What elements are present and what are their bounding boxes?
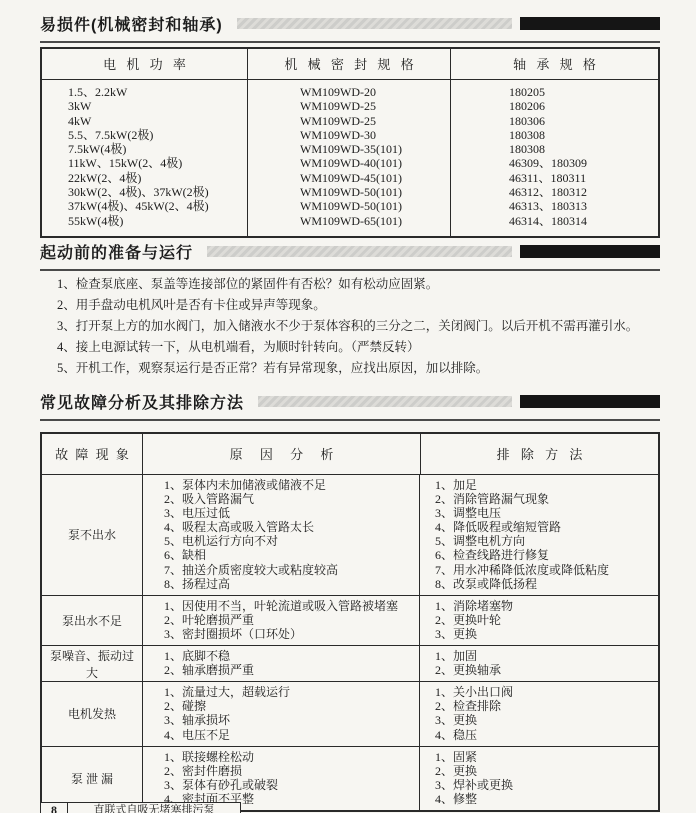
fault-cause: 3、轴承损坏 — [164, 713, 419, 727]
fault-remedy: 1、消除堵塞物 — [435, 599, 658, 613]
column-header-fault-phenomenon: 故 障 现 象 — [42, 434, 142, 474]
fault-remedies-cell: 1、关小出口阀2、检查排除3、更换4、稳压 — [419, 682, 658, 745]
fault-remedy: 4、稳压 — [435, 728, 658, 742]
section-title: 易损件(机械密封和轴承) — [40, 12, 223, 35]
spec-cell: 46309、180309 — [451, 156, 658, 170]
fault-remedy: 2、更换叶轮 — [435, 613, 658, 627]
fault-cause: 2、碰擦 — [164, 699, 419, 713]
column-header-remedy: 排 除 方 法 — [420, 434, 658, 474]
spec-table: 电 机 功 率 机 械 密 封 规 格 轴 承 规 格 1.5、2.2kW3kW… — [40, 47, 660, 238]
fault-table: 故 障 现 象 原 因 分 析 排 除 方 法 泵不出水1、泵体内未加储液或储液… — [40, 432, 660, 812]
fault-cause: 2、轴承磨损严重 — [164, 663, 419, 677]
heading-black-bar — [520, 17, 660, 30]
section-heading-wearing-parts: 易损件(机械密封和轴承) — [40, 12, 660, 43]
spec-cell: WM109WD-25 — [248, 99, 450, 113]
page-footer: 8 直联式自吸无堵塞排污泵 — [40, 802, 241, 813]
fault-table-header: 故 障 现 象 原 因 分 析 排 除 方 法 — [42, 434, 658, 475]
fault-remedy: 1、固紧 — [435, 750, 658, 764]
fault-cause: 3、泵体有砂孔或破裂 — [164, 778, 419, 792]
fault-cause: 3、密封圈损坏（口环处） — [164, 627, 419, 641]
spec-cell: WM109WD-35(101) — [248, 142, 450, 156]
fault-causes-cell: 1、流量过大，超载运行2、碰擦3、轴承损坏4、电压不足 — [142, 682, 419, 745]
fault-remedies-cell: 1、消除堵塞物2、更换叶轮3、更换 — [419, 596, 658, 645]
fault-row: 泵出水不足1、因使用不当，叶轮流道或吸入管路被堵塞2、叶轮磨损严重3、密封圈损坏… — [42, 595, 658, 645]
section-heading-faults: 常见故障分析及其排除方法 — [40, 390, 660, 421]
heading-gray-bar — [207, 246, 512, 257]
fault-phenomenon: 泵不出水 — [42, 475, 142, 595]
column-header-motor-power: 电 机 功 率 — [42, 49, 247, 79]
fault-cause: 1、流量过大，超载运行 — [164, 685, 419, 699]
spec-cell: 55kW(4极) — [42, 214, 247, 228]
fault-cause: 2、叶轮磨损严重 — [164, 613, 419, 627]
spec-column-bearing: 18020518020618030618030818030846309、1803… — [450, 80, 658, 236]
booklet-title: 直联式自吸无堵塞排污泵 — [68, 802, 241, 813]
fault-remedies-cell: 1、固紧2、更换3、焊补或更换4、修整 — [419, 747, 658, 810]
fault-remedy: 1、加足 — [435, 478, 658, 492]
fault-cause: 1、因使用不当，叶轮流道或吸入管路被堵塞 — [164, 599, 419, 613]
fault-remedies-cell: 1、加足2、消除管路漏气现象3、调整电压4、降低吸程或缩短管路5、调整电机方向6… — [419, 475, 658, 595]
prestart-steps-list: 1、检查泵底座、泵盖等连接部位的紧固件有否松？如有松动应固紧。2、用手盘动电机风… — [40, 277, 660, 382]
spec-cell: 46313、180313 — [451, 199, 658, 213]
spec-cell: 30kW(2、4极)、37kW(2极) — [42, 185, 247, 199]
spec-cell: 3kW — [42, 99, 247, 113]
fault-remedy: 4、降低吸程或缩短管路 — [435, 520, 658, 534]
spec-cell: WM109WD-30 — [248, 128, 450, 142]
spec-cell: WM109WD-20 — [248, 85, 450, 99]
spec-cell: WM109WD-50(101) — [248, 199, 450, 213]
page-number: 8 — [40, 802, 68, 813]
heading-gray-bar — [237, 18, 512, 29]
fault-phenomenon: 泵出水不足 — [42, 596, 142, 645]
spec-cell: 46311、180311 — [451, 171, 658, 185]
spec-table-header: 电 机 功 率 机 械 密 封 规 格 轴 承 规 格 — [42, 49, 658, 80]
spec-cell: 22kW(2、4极) — [42, 171, 247, 185]
fault-cause: 6、缺相 — [164, 548, 419, 562]
fault-row: 泵 泄 漏1、联接螺栓松动2、密封件磨损3、泵体有砂孔或破裂4、密封面不平整1、… — [42, 746, 658, 810]
fault-cause: 2、吸入管路漏气 — [164, 492, 419, 506]
spec-cell: WM109WD-50(101) — [248, 185, 450, 199]
spec-cell: 180205 — [451, 85, 658, 99]
spec-cell: 5.5、7.5kW(2极) — [42, 128, 247, 142]
spec-column-motor-power: 1.5、2.2kW3kW4kW5.5、7.5kW(2极)7.5kW(4极)11k… — [42, 80, 247, 236]
spec-cell: 180306 — [451, 114, 658, 128]
fault-remedy: 2、更换轴承 — [435, 663, 658, 677]
fault-phenomenon: 泵 泄 漏 — [42, 747, 142, 810]
fault-remedies-cell: 1、加固2、更换轴承 — [419, 646, 658, 681]
fault-remedy: 1、加固 — [435, 649, 658, 663]
column-header-bearing-spec: 轴 承 规 格 — [450, 49, 658, 79]
fault-causes-cell: 1、联接螺栓松动2、密封件磨损3、泵体有砂孔或破裂4、密封面不平整 — [142, 747, 419, 810]
fault-cause: 1、底脚不稳 — [164, 649, 419, 663]
fault-causes-cell: 1、泵体内未加储液或储液不足2、吸入管路漏气3、电压过低4、吸程太高或吸入管路太… — [142, 475, 419, 595]
fault-row: 泵不出水1、泵体内未加储液或储液不足2、吸入管路漏气3、电压过低4、吸程太高或吸… — [42, 475, 658, 595]
spec-cell: 37kW(4极)、45kW(2、4极) — [42, 199, 247, 213]
fault-remedy: 2、检查排除 — [435, 699, 658, 713]
prep-step: 5、开机工作，观察泵运行是否正常？若有异常现象，应找出原因，加以排除。 — [40, 361, 660, 375]
fault-remedy: 2、消除管路漏气现象 — [435, 492, 658, 506]
fault-remedy: 4、修整 — [435, 792, 658, 806]
spec-cell: WM109WD-45(101) — [248, 171, 450, 185]
fault-cause: 3、电压过低 — [164, 506, 419, 520]
scanned-manual-page: 易损件(机械密封和轴承) 电 机 功 率 机 械 密 封 规 格 轴 承 规 格… — [0, 0, 696, 813]
fault-remedy: 3、更换 — [435, 627, 658, 641]
spec-cell: WM109WD-40(101) — [248, 156, 450, 170]
spec-cell: 180308 — [451, 128, 658, 142]
spec-cell: WM109WD-25 — [248, 114, 450, 128]
spec-table-body: 1.5、2.2kW3kW4kW5.5、7.5kW(2极)7.5kW(4极)11k… — [42, 80, 658, 236]
fault-phenomenon: 泵噪音、振动过大 — [42, 646, 142, 681]
fault-remedy: 7、用水冲稀降低浓度或降低粘度 — [435, 563, 658, 577]
spec-cell: WM109WD-65(101) — [248, 214, 450, 228]
fault-remedy: 2、更换 — [435, 764, 658, 778]
column-header-cause-analysis: 原 因 分 析 — [142, 434, 420, 474]
fault-cause: 8、扬程过高 — [164, 577, 419, 591]
fault-phenomenon: 电机发热 — [42, 682, 142, 745]
fault-cause: 1、联接螺栓松动 — [164, 750, 419, 764]
spec-cell: 46312、180312 — [451, 185, 658, 199]
heading-black-bar — [520, 245, 660, 258]
fault-cause: 1、泵体内未加储液或储液不足 — [164, 478, 419, 492]
fault-cause: 2、密封件磨损 — [164, 764, 419, 778]
fault-cause: 7、抽送介质密度较大或粘度较高 — [164, 563, 419, 577]
heading-black-bar — [520, 395, 660, 408]
fault-remedy: 5、调整电机方向 — [435, 534, 658, 548]
prep-step: 3、打开泵上方的加水阀门，加入储液水不少于泵体容积的三分之二，关闭阀门。以后开机… — [40, 319, 660, 333]
section-title: 起动前的准备与运行 — [40, 240, 193, 263]
prep-step: 1、检查泵底座、泵盖等连接部位的紧固件有否松？如有松动应固紧。 — [40, 277, 660, 291]
spec-cell: 1.5、2.2kW — [42, 85, 247, 99]
spec-cell: 4kW — [42, 114, 247, 128]
spec-cell: 11kW、15kW(2、4极) — [42, 156, 247, 170]
fault-causes-cell: 1、底脚不稳2、轴承磨损严重 — [142, 646, 419, 681]
fault-remedy: 1、关小出口阀 — [435, 685, 658, 699]
fault-row: 电机发热1、流量过大，超载运行2、碰擦3、轴承损坏4、电压不足1、关小出口阀2、… — [42, 681, 658, 745]
section-heading-prestart: 起动前的准备与运行 — [40, 240, 660, 271]
fault-remedy: 3、调整电压 — [435, 506, 658, 520]
fault-table-body: 泵不出水1、泵体内未加储液或储液不足2、吸入管路漏气3、电压过低4、吸程太高或吸… — [42, 475, 658, 810]
spec-cell: 7.5kW(4极) — [42, 142, 247, 156]
fault-cause: 4、电压不足 — [164, 728, 419, 742]
spec-cell: 180308 — [451, 142, 658, 156]
column-header-mech-seal-spec: 机 械 密 封 规 格 — [247, 49, 450, 79]
fault-row: 泵噪音、振动过大1、底脚不稳2、轴承磨损严重1、加固2、更换轴承 — [42, 645, 658, 681]
fault-remedy: 8、改泵或降低扬程 — [435, 577, 658, 591]
prep-step: 2、用手盘动电机风叶是否有卡住或异声等现象。 — [40, 298, 660, 312]
fault-causes-cell: 1、因使用不当，叶轮流道或吸入管路被堵塞2、叶轮磨损严重3、密封圈损坏（口环处） — [142, 596, 419, 645]
section-title: 常见故障分析及其排除方法 — [40, 390, 244, 413]
fault-remedy: 3、焊补或更换 — [435, 778, 658, 792]
fault-remedy: 6、检查线路进行修复 — [435, 548, 658, 562]
heading-gray-bar — [258, 396, 512, 407]
spec-cell: 180206 — [451, 99, 658, 113]
fault-cause: 5、电机运行方向不对 — [164, 534, 419, 548]
fault-remedy: 3、更换 — [435, 713, 658, 727]
spec-cell: 46314、180314 — [451, 214, 658, 228]
spec-column-mech-seal: WM109WD-20WM109WD-25WM109WD-25WM109WD-30… — [247, 80, 450, 236]
prep-step: 4、接上电源试转一下，从电机端看，为顺时针转向。（严禁反转） — [40, 340, 660, 354]
fault-cause: 4、吸程太高或吸入管路太长 — [164, 520, 419, 534]
